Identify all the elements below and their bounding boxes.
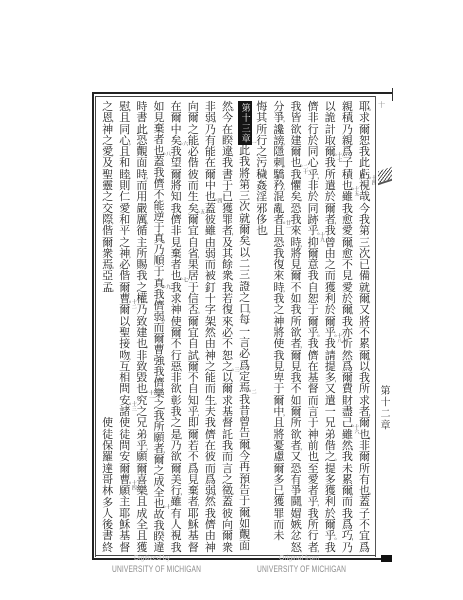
glyph: 視 <box>170 530 182 541</box>
glyph: 兄 <box>324 417 336 428</box>
glyph: 鬪， <box>290 496 302 507</box>
glyph: 乃 <box>136 304 148 315</box>
verse-number: 十四 <box>370 175 375 185</box>
glyph: 獲 <box>136 542 148 553</box>
glyph: 不 <box>170 338 182 349</box>
verse-number: 十七 <box>336 152 341 162</box>
glyph: 雖 <box>170 496 182 507</box>
glyph: 平 <box>119 225 131 236</box>
glyph: 我 <box>307 338 319 349</box>
punctuation-mark: 。 <box>112 286 119 293</box>
glyph: 使 <box>119 417 131 428</box>
glyph: 主 <box>119 496 131 507</box>
glyph: 忻 <box>341 338 353 349</box>
glyph: 宜 <box>358 530 370 541</box>
glyph: 之 <box>170 417 182 428</box>
frame-corner-tick <box>392 88 393 101</box>
glyph: 也。 <box>204 191 216 202</box>
text-column: 耶。求爾恕我此虧。視十四哉，今我第三次，已備就爾，又將不累爾，以我所求者，爾也，… <box>356 101 373 553</box>
verse-number: 二十 <box>302 164 307 174</box>
colophon-glyph: 羅 <box>102 451 114 462</box>
punctuation-mark: ， <box>300 546 307 553</box>
glyph: 我 <box>204 417 216 428</box>
verse-number: 七 <box>182 277 187 282</box>
glyph: 乎。 <box>324 530 336 541</box>
glyph: 乎。 <box>307 225 319 236</box>
glyph: 必 <box>239 348 251 359</box>
glyph: 爾 <box>358 417 370 428</box>
glyph: 孟。 <box>102 282 114 293</box>
glyph: 於 <box>324 191 336 202</box>
glyph: 而 <box>221 451 233 462</box>
library-tab-stamp-icon <box>378 167 392 186</box>
glyph: 仁 <box>119 191 131 202</box>
glyph: 安 <box>119 451 131 462</box>
glyph: 累 <box>358 338 370 349</box>
verse-number: 一 <box>251 140 256 145</box>
text-column: 第十三章此一我將第三次就爾矣，以二三證之口，每一言必爲定焉。我二昔曾告爾，今再預… <box>236 101 253 553</box>
glyph: 非 <box>307 112 319 123</box>
glyph: 未 <box>273 530 285 541</box>
original-source-name: UNIVERSITY OF MICHIGAN <box>257 564 346 575</box>
colophon-glyph: 林 <box>102 485 114 496</box>
glyph: 非 <box>170 225 182 236</box>
glyph: 弱， <box>204 112 216 123</box>
verse-number: 五 <box>199 209 204 214</box>
frame-top-inner-rule <box>95 96 376 97</box>
glyph: 獲 <box>273 496 285 507</box>
glyph: 且 <box>273 417 285 428</box>
glyph: 求 <box>358 112 370 123</box>
glyph: 督 <box>187 542 199 553</box>
glyph: 而 <box>153 322 165 333</box>
glyph: 已 <box>221 191 233 202</box>
verse-number: 八 <box>165 151 170 156</box>
glyph: 乎， <box>307 496 319 507</box>
glyph: 爾 <box>221 530 233 541</box>
verse-number: 十一 <box>148 390 153 400</box>
glyph: 爭， <box>273 112 285 123</box>
glyph: 由 <box>204 338 216 349</box>
verse-number: 十 <box>165 504 170 509</box>
glyph: 我十八 <box>324 338 336 349</box>
glyph: 彼 <box>204 451 216 462</box>
glyph: 生 <box>187 191 199 202</box>
glyph: 宜 <box>187 225 199 236</box>
text-column: 然。今在睽違，我書于已獲罪者，及其餘衆，我若復來，必不恕之。以三爾求基督託我而言… <box>219 101 236 553</box>
glyph: 雖十五 <box>341 191 353 202</box>
glyph: 不 <box>221 338 233 349</box>
punctuation-mark: 。 <box>266 229 273 236</box>
verse-number: 十三 <box>131 401 136 411</box>
glyph: 且廿一 <box>273 225 285 236</box>
glyph: 恩， <box>102 112 114 123</box>
verse-number: 廿一 <box>285 220 290 230</box>
glyph: 違 <box>153 542 165 553</box>
glyph: 雖 <box>204 225 216 236</box>
glyph: 又 <box>290 451 302 462</box>
glyph: 弱， <box>153 311 165 322</box>
frame-bottom-corner-block <box>381 555 392 562</box>
glyph: 今 <box>221 112 233 123</box>
glyph: 願 <box>136 451 148 462</box>
glyph: 且 <box>119 112 131 123</box>
glyph: 三 <box>239 269 251 280</box>
text-column: 親積，乃親爲子積也。雖十五我愈愛爾，愈不見愛於爾，我亦忻然爲爾費財盡己。雖十六然… <box>339 101 356 553</box>
glyph: 矣， <box>290 191 302 202</box>
verse-number: 十六 <box>353 424 358 434</box>
glyph: 知 <box>170 191 182 202</box>
glyph: 欲 <box>170 451 182 462</box>
glyph: 者， <box>187 496 199 507</box>
glyph: 我九 <box>153 289 165 300</box>
glyph: 神 <box>204 542 216 553</box>
glyph: 即 <box>187 417 199 428</box>
glyph: 也， <box>136 338 148 349</box>
text-column: 如見棄者也。蓋八我儕不能逆于真，乃順于真。我九儕弱，而爾曹強，我儕樂之，我所願者… <box>150 101 167 553</box>
running-chapter-label: 第十二章 <box>377 385 389 431</box>
glyph: 基 <box>187 530 199 541</box>
frame-right-rule <box>375 96 376 557</box>
original-from-label: Original from <box>279 555 319 562</box>
glyph: 巧， <box>341 530 353 541</box>
digitizer-name: UNIVERSITY OF MICHIGAN <box>112 564 201 575</box>
digitized-by-label: Digitized by <box>134 555 170 562</box>
glyph: 于 <box>307 304 319 315</box>
glyph: 愛 <box>341 225 353 236</box>
glyph: 再 <box>239 461 251 472</box>
glyph: 我 <box>170 542 182 553</box>
glyph: 書 <box>136 112 148 123</box>
verse-number: 六 <box>182 141 187 146</box>
glyph: 第 <box>358 225 370 236</box>
glyph: 於 <box>307 191 319 202</box>
glyph: 怒， <box>290 542 302 553</box>
colophon-glyph: 書 <box>102 530 114 541</box>
glyph: 積， <box>341 112 353 123</box>
glyph: 自 <box>187 338 199 349</box>
glyph: 循 <box>136 225 148 236</box>
glyph: 其 <box>256 112 268 123</box>
verse-number: 十二 <box>131 299 136 309</box>
glyph: 焉。 <box>239 382 251 393</box>
glyph: 矣， <box>239 235 251 246</box>
glyph: 于 <box>307 417 319 428</box>
glyph: 之 <box>273 304 285 315</box>
glyph: 利 <box>324 496 336 507</box>
glyph: 者， <box>307 542 319 553</box>
glyph: 我 <box>324 225 336 236</box>
frame-top-outer-rule <box>92 92 393 94</box>
glyph: 爾 <box>170 112 182 123</box>
glyph: 哉， <box>358 191 370 202</box>
glyph: 使 <box>273 338 285 349</box>
glyph: 督 <box>119 542 131 553</box>
glyph: 混 <box>273 191 285 202</box>
glyph: 爾 <box>358 451 370 462</box>
glyph: 且 <box>136 496 148 507</box>
glyph: 基 <box>119 530 131 541</box>
colophon-glyph: 終 <box>102 542 114 553</box>
glyph: 兄 <box>136 417 148 428</box>
verse-number: 四 <box>216 198 221 203</box>
glyph: 也。 <box>256 225 268 236</box>
glyph: 於 <box>324 304 336 315</box>
glyph: 所 <box>290 417 302 428</box>
glyph: 復 <box>221 304 233 315</box>
glyph: 于 <box>239 495 251 506</box>
glyph: 我 <box>324 542 336 553</box>
text-column: 我皆欲建爾也。我二十懼矣，恐我來時，將見爾不如我所欲者，爾見我不如爾所欲者，又恐… <box>287 101 304 553</box>
glyph: 字 <box>204 304 216 315</box>
text-column: 之恩，神之愛，及聖靈之交際，偕爾衆焉。亞孟。使徒保羅達哥林多人後書終 <box>99 101 116 553</box>
text-column: 向爾之能，必偕彼而生矣。爾五宜自省，果居于信否。爾宜自試。爾不自知乎，即爾若不爲… <box>185 101 202 553</box>
text-columns: 耶。求爾恕我此虧。視十四哉，今我第三次，已備就爾，又將不累爾，以我所求者，爾也，… <box>99 101 373 553</box>
text-column: 在爾中矣。我六望爾將知我儕非見棄者也。我七求神使爾不行惡，非欲彰我之是，乃欲爾美… <box>168 101 185 553</box>
verse-number: 二 <box>251 389 256 394</box>
glyph: 也， <box>307 451 319 462</box>
verse-number: 九 <box>165 284 170 289</box>
glyph: 又 <box>358 304 370 315</box>
glyph: 而 <box>341 496 353 507</box>
glyph: 忿 <box>290 530 302 541</box>
glyph: 爲 <box>358 542 370 553</box>
verse-number: 十八 <box>336 333 341 343</box>
verse-number: 十五 <box>353 186 358 196</box>
glyph: 由 <box>204 530 216 541</box>
verse-number: 三 <box>233 367 238 372</box>
glyph: 淫 <box>256 191 268 202</box>
glyph: 皆 <box>290 112 302 123</box>
glyph: 之 <box>102 191 114 202</box>
glyph: 之。 <box>324 451 336 462</box>
glyph: 爾十二 <box>119 304 131 315</box>
glyph: 行 <box>307 530 319 541</box>
glyph: 己。 <box>341 417 353 428</box>
glyph: 蓋 <box>358 496 370 507</box>
glyph: 然 <box>204 496 216 507</box>
verse-number: 十四 <box>131 480 136 490</box>
glyph: 來 <box>290 225 302 236</box>
glyph: 不 <box>187 451 199 462</box>
verse-number: 十九 <box>319 232 324 242</box>
glyph: 者， <box>290 338 302 349</box>
glyph: 否。 <box>187 304 199 315</box>
glyph: 爾， <box>341 304 353 315</box>
glyph: 且 <box>136 530 148 541</box>
glyph: 于 <box>153 266 165 277</box>
glyph: 者， <box>221 225 233 236</box>
glyph: 接 <box>119 338 131 349</box>
glyph: 我 <box>290 304 302 315</box>
punctuation-mark: ， <box>317 546 324 553</box>
text-column: 悔其所行之污穢姦淫邪侈也。 <box>253 101 270 553</box>
glyph: 爾 <box>187 112 199 123</box>
glyph: 真。 <box>153 278 165 289</box>
glyph: 乃 <box>341 542 353 553</box>
text-column: 慰，且同心，且和睦，則仁愛和平之神，必偕爾曹。爾十二以聖接吻，互相問安。諸十三使… <box>116 101 133 553</box>
glyph: 督 <box>221 417 233 428</box>
glyph: 偕 <box>102 225 114 236</box>
frame-left-outer-rule <box>92 92 94 560</box>
glyph: 慮 <box>273 451 285 462</box>
glyph: 詭 <box>324 112 336 123</box>
glyph: 用 <box>136 191 148 202</box>
glyph: 儕 <box>153 300 165 311</box>
text-column: 非弱，乃有能在爾中也。蓋四彼雖由弱而被釘十字架，然由神之能而生。夫我儕在彼而爲弱… <box>202 101 219 553</box>
glyph: 神 <box>170 304 182 315</box>
glyph: 蓋 <box>221 496 233 507</box>
chapter-heading: 第十三章 <box>238 101 252 145</box>
text-column: 分爭，讒謗，隱刺，驕矜，混亂者。且廿一恐我復來時，我之神將使我見卑于爾中，且將憂… <box>270 101 287 553</box>
frame-left-inner-rule <box>95 96 96 557</box>
glyph: 我 <box>341 451 353 462</box>
glyph: 我 <box>239 156 251 167</box>
margin-mark: 十 <box>378 100 385 110</box>
glyph: 衆 <box>221 542 233 553</box>
glyph: 面 <box>239 540 251 551</box>
text-column: 以詭計取爾。我十七所遣於爾者，我曾由之而獲利於爾乎。我十八請提多，又遣一兄弟偕之… <box>322 101 339 553</box>
